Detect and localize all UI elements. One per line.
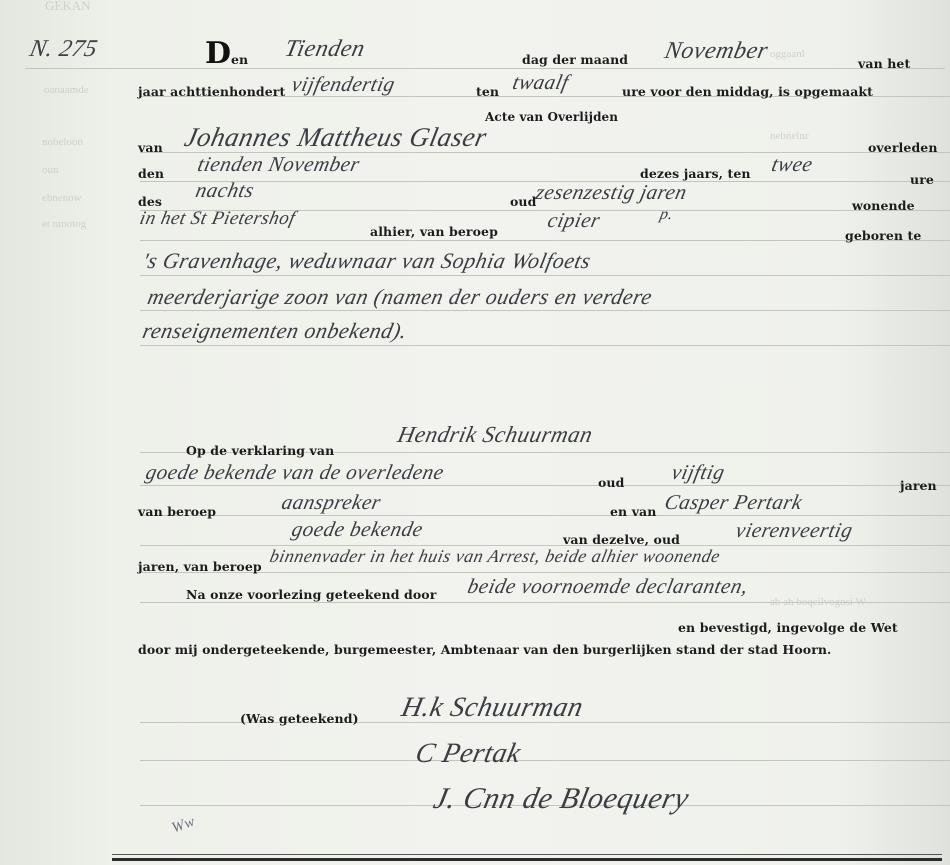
bleedthrough-text: nobeloon xyxy=(42,136,83,148)
declarant1-age: vijftig xyxy=(669,460,727,485)
renseignementen-line: renseignementen onbekend). xyxy=(140,318,409,344)
label-na-onze-voorlezing: Na onze voorlezing geteekend door xyxy=(186,587,436,602)
declarant2-relation: goede bekende xyxy=(289,517,425,542)
label-des: des xyxy=(138,194,162,209)
label-van-beroep: van beroep xyxy=(138,504,216,519)
declarant2-age: vierenveertig xyxy=(733,518,855,543)
occupation: cipier xyxy=(545,208,602,233)
residence: in het St Pietershof xyxy=(138,208,298,230)
label-jaren-van-beroep: jaren, van beroep xyxy=(138,559,262,574)
label-jaar: jaar achttienhondert xyxy=(138,84,285,99)
den-label: en xyxy=(231,52,248,67)
death-hour: twee xyxy=(769,152,815,177)
record-number: N. 275 xyxy=(27,36,100,63)
year-text: vijfendertig xyxy=(289,72,397,97)
label-oud-1: oud xyxy=(598,475,624,490)
label-van-dezelve: van dezelve, oud xyxy=(563,532,680,547)
deceased-name: Johannes Mattheus Glaser xyxy=(182,122,490,153)
label-op-de-verklaring: Op de verklaring van xyxy=(186,443,334,458)
label-jaren: jaren xyxy=(900,478,937,493)
signature-schuurman: H.k Schuurman xyxy=(399,692,587,724)
label-van: van xyxy=(138,140,163,155)
bleedthrough-text: nebnelnr xyxy=(770,130,808,142)
label-dag-der-maand: dag der maand xyxy=(522,52,628,67)
signature-bloequery: J. Cnn de Bloequery xyxy=(430,782,692,816)
bleedthrough-text: oun xyxy=(42,164,59,176)
death-date-text: tienden November xyxy=(195,152,362,177)
bleedthrough-text: oanaamde xyxy=(44,84,89,96)
label-oud: oud xyxy=(510,194,536,209)
label-van-het: van het xyxy=(858,56,910,71)
age-text: zesenzestig jaren xyxy=(533,180,689,205)
label-geboren-te: geboren te xyxy=(845,228,921,243)
occupation-note: p. xyxy=(658,206,675,224)
declarant1-name: Hendrik Schuurman xyxy=(395,422,595,448)
bottom-divider-thin xyxy=(112,854,942,855)
label-overleden: overleden xyxy=(868,140,938,155)
signature-pertak: C Pertak xyxy=(413,738,524,770)
bleedthrough-text: oggaanl xyxy=(770,48,805,60)
label-ten: ten xyxy=(476,84,499,99)
label-bevestigd: en bevestigd, ingevolge de Wet xyxy=(678,620,898,635)
signed-by: beide voornoemde declaranten, xyxy=(465,574,750,599)
declarant2-name: Casper Pertark xyxy=(662,490,804,515)
label-dezes-jaars: dezes jaars, ten xyxy=(640,166,751,181)
label-en-van: en van xyxy=(610,504,656,519)
label-ure-voor-den-middag: ure voor den middag, is opgemaakt xyxy=(622,84,873,99)
day-text: Tienden xyxy=(282,36,367,63)
bottom-divider xyxy=(112,858,942,861)
den-initial: D xyxy=(205,36,231,71)
label-alhier-van-beroep: alhier, van beroep xyxy=(370,224,498,239)
label-ure: ure xyxy=(910,172,934,187)
label-den: den xyxy=(138,166,164,181)
bleedthrough-text: GEKAN xyxy=(45,0,91,14)
label-was-geteekend: (Was geteekend) xyxy=(240,711,359,726)
label-wonende: wonende xyxy=(852,198,915,213)
declarant1-occupation: aanspreker xyxy=(279,490,383,515)
parents-line: meerderjarige zoon van (namen der ouders… xyxy=(145,284,654,310)
declarant1-relation: goede bekende van de overledene xyxy=(143,460,446,485)
declarant2-occupation: binnenvader in het huis van Arrest, beid… xyxy=(268,546,722,567)
margin-pencil-note: Ww xyxy=(170,813,198,837)
time-of-day: nachts xyxy=(193,178,256,203)
birthplace-and-spouse-line: 's Gravenhage, weduwnaar van Sophia Wolf… xyxy=(140,248,593,274)
bleedthrough-text: et nmotog xyxy=(42,218,86,230)
document-title: Acte van Overlijden xyxy=(485,110,618,124)
bleedthrough-text: ebnenow xyxy=(42,192,82,204)
month-text: November xyxy=(662,38,770,65)
hour-text: twaalf xyxy=(510,70,571,95)
label-door-mij-ondergeteekende: door mij ondergeteekende, burgemeester, … xyxy=(138,642,832,657)
